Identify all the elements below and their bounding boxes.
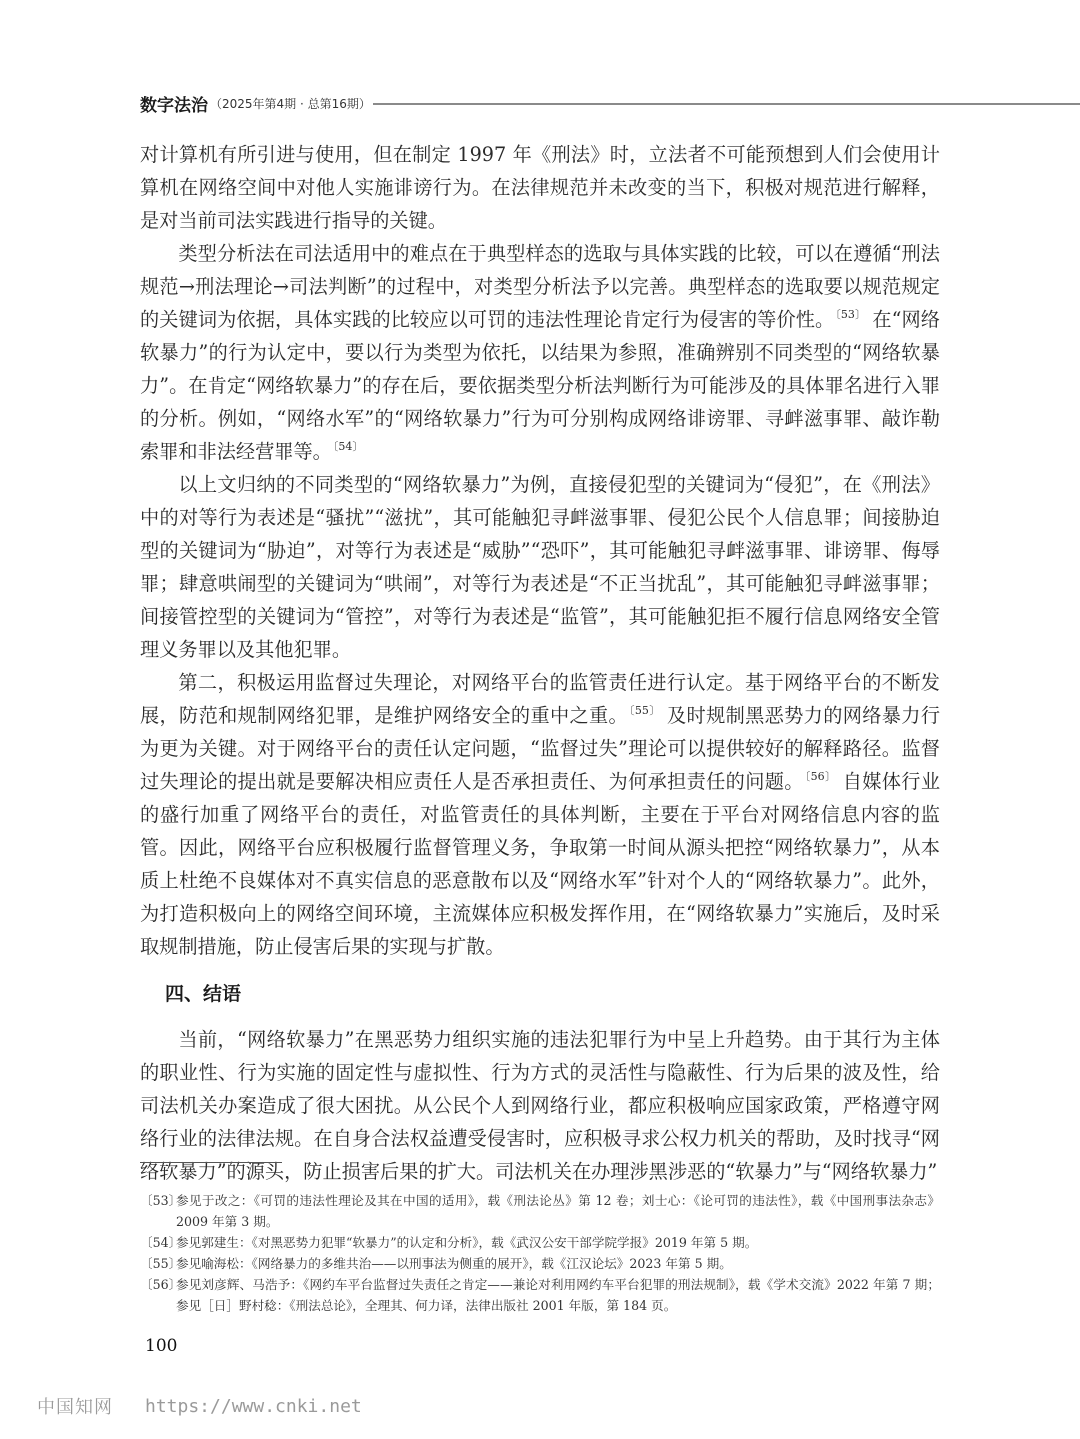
paragraph-text: 以上文归纳的不同类型的“网络软暴力”为例，直接侵犯型的关键词为“侵犯”，在《刑法… <box>140 473 940 661</box>
paragraph-text: 在“网络软暴力”的行为认定中，要以行为类型为依托，以结果为参照，准确辨别不同类型… <box>140 308 940 463</box>
paragraph-text: 类型分析法在司法适用中的难点在于典型样态的选取与具体实践的比较，可以在遵循“刑法… <box>140 242 940 331</box>
watermark-name: 中国知网 <box>37 1393 113 1419</box>
paragraph: 对计算机有所引进与使用，但在制定 1997 年《刑法》时，立法者不可能预想到人们… <box>140 138 940 237</box>
footnote: 〔55〕参见喻海松：《网络暴力的多维共治——以刑事法为侧重的展开》，载《江汉论坛… <box>140 1253 940 1274</box>
footnote-ref[interactable]: 〔53〕 <box>835 308 866 321</box>
page-number: 100 <box>145 1336 177 1356</box>
body-text: 对计算机有所引进与使用，但在制定 1997 年《刑法》时，立法者不可能预想到人们… <box>140 138 940 1188</box>
paragraph-text: 当前，“网络软暴力”在黑恶势力组织实施的违法犯罪行为中呈上升趋势。由于其行为主体… <box>140 1028 940 1183</box>
paragraphs: 对计算机有所引进与使用，但在制定 1997 年《刑法》时，立法者不可能预想到人们… <box>140 138 940 963</box>
footnote-text: 参见郭建生：《对黑恶势力犯罪“软暴力”的认定和分析》，载《武汉公安干部学院学报》… <box>176 1232 940 1253</box>
paragraph-text: 自媒体行业的盛行加重了网络平台的责任，对监管责任的具体判断，主要在于平台对网络信… <box>140 770 940 958</box>
footnote-text: 参见于改之：《可罚的违法性理论及其在中国的适用》，载《刑法论丛》第 12 卷；刘… <box>176 1190 940 1232</box>
footnote-text: 参见刘彦辉、马浩予：《网约车平台监督过失责任之肯定——兼论对利用网约车平台犯罪的… <box>176 1274 940 1316</box>
header-rule <box>373 103 1080 105</box>
footnote-number: 〔53〕 <box>140 1190 176 1232</box>
section-heading: 四、结语 <box>140 977 940 1011</box>
footnote-ref[interactable]: 〔54〕 <box>333 440 364 453</box>
footnote: 〔54〕参见郭建生：《对黑恶势力犯罪“软暴力”的认定和分析》，载《武汉公安干部学… <box>140 1232 940 1253</box>
issue-info: （2025年第4期 · 总第16期） <box>210 95 371 112</box>
running-header: 数字法治 （2025年第4期 · 总第16期） <box>140 92 1080 114</box>
journal-name: 数字法治 <box>140 91 208 116</box>
paragraph: 以上文归纳的不同类型的“网络软暴力”为例，直接侵犯型的关键词为“侵犯”，在《刑法… <box>140 468 940 666</box>
footnote: 〔53〕参见于改之：《可罚的违法性理论及其在中国的适用》，载《刑法论丛》第 12… <box>140 1190 940 1232</box>
footnote-divider <box>140 1162 282 1163</box>
footnotes: 〔53〕参见于改之：《可罚的违法性理论及其在中国的适用》，载《刑法论丛》第 12… <box>140 1190 940 1316</box>
footnote-number: 〔55〕 <box>140 1253 176 1274</box>
footnote-ref[interactable]: 〔56〕 <box>805 770 837 783</box>
paragraph: 第二，积极运用监督过失理论，对网络平台的监管责任进行认定。基于网络平台的不断发展… <box>140 666 940 963</box>
section-paragraphs: 当前，“网络软暴力”在黑恶势力组织实施的违法犯罪行为中呈上升趋势。由于其行为主体… <box>140 1023 940 1188</box>
watermark: 中国知网 https://www.cnki.net <box>37 1393 362 1419</box>
footnote-text: 参见喻海松：《网络暴力的多维共治——以刑事法为侧重的展开》，载《江汉论坛》202… <box>176 1253 940 1274</box>
paragraph: 类型分析法在司法适用中的难点在于典型样态的选取与具体实践的比较，可以在遵循“刑法… <box>140 237 940 468</box>
footnote-number: 〔54〕 <box>140 1232 176 1253</box>
watermark-url: https://www.cnki.net <box>145 1396 362 1417</box>
footnote-number: 〔56〕 <box>140 1274 176 1316</box>
footnote: 〔56〕参见刘彦辉、马浩予：《网约车平台监督过失责任之肯定——兼论对利用网约车平… <box>140 1274 940 1316</box>
paragraph-text: 对计算机有所引进与使用，但在制定 1997 年《刑法》时，立法者不可能预想到人们… <box>140 143 940 232</box>
footnote-ref[interactable]: 〔55〕 <box>629 704 661 717</box>
paragraph: 当前，“网络软暴力”在黑恶势力组织实施的违法犯罪行为中呈上升趋势。由于其行为主体… <box>140 1023 940 1188</box>
